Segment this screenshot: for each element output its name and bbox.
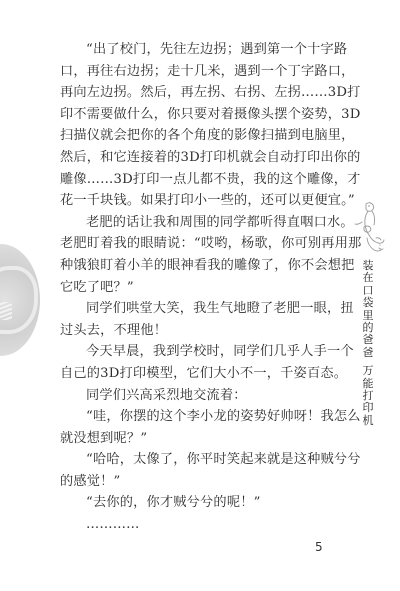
text-line: 花一千块钱。如果打印小一些的，还可以更便宜。” [60,190,336,212]
book-title-char: 爸 [361,334,375,346]
page-number: 5 [315,540,323,554]
body-text: “出了校门，先往左边拐；遇到第一个十字路 口，再往右边拐；走十几米，遇到一个丁字… [60,39,336,536]
book-title-char: 爸 [361,347,375,359]
text-line: 它吃了吧？” [60,277,336,299]
text-line: 同学们兴高采烈地交流着： [60,385,336,407]
book-title-char: 在 [361,272,375,284]
circular-emblem-decoration [0,244,40,356]
text-line: 口，再往右边拐；走十几米，遇到一个丁字路口， [60,61,336,83]
text-line: 过头去，不理他！ [60,320,336,342]
chapter-title-char: 机 [361,415,375,427]
text-line: ………… [60,514,336,536]
text-line: 扫描仪就会把你的各个角度的影像扫描到电脑里， [60,125,336,147]
chapter-title-char: 印 [361,402,375,414]
book-page: “出了校门，先往左边拐；遇到第一个十字路 口，再往右边拐；走十几米，遇到一个丁字… [0,0,400,591]
text-line: “出了校门，先往左边拐；遇到第一个十字路 [60,39,336,61]
cartoon-figure-illustration [352,200,388,258]
text-line: “哈哈，太像了，你平时笑起来就是这种贼兮兮 [60,449,336,471]
text-line: 种饿狼盯着小羊的眼神看我的雕像了，你不会想把 [60,255,336,277]
text-line: “哇，你摆的这个李小龙的姿势好帅呀！我怎么 [60,406,336,428]
text-line: 今天早晨，我到学校时，同学们几乎人手一个 [60,341,336,363]
text-line: 的感觉！” [60,471,336,493]
text-line: 就没想到呢？” [60,428,336,450]
text-line: 同学们哄堂大笑，我生气地瞪了老肥一眼，扭 [60,298,336,320]
text-line: 印不需要做什么，你只要对着摄像头摆个姿势，3D [60,104,336,126]
text-line: 再向左边拐。然后，再左拐、右拐、左拐……3D打 [60,82,336,104]
book-title-char: 袋 [361,297,375,309]
text-line: 老肥的话让我和周围的同学都听得直咽口水。 [60,212,336,234]
text-line: 然后，和它连接着的3D打印机就会自动打印出你的 [60,147,336,169]
text-line: 自己的3D打印模型，它们大小不一，千姿百态。 [60,363,336,385]
text-line: “去你的，你才贼兮兮的呢！” [60,492,336,514]
running-header-vertical: 装 在 口 袋 里 的 爸 爸 万 能 打 印 机 [361,260,375,427]
text-line: 老肥盯着我的眼睛说：“哎哟，杨歌，你可别再用那 [60,233,336,255]
text-line: 雕像……3D打印一点儿都不贵，我的这个雕像，才 [60,169,336,191]
chapter-title-char: 万 [361,365,375,377]
